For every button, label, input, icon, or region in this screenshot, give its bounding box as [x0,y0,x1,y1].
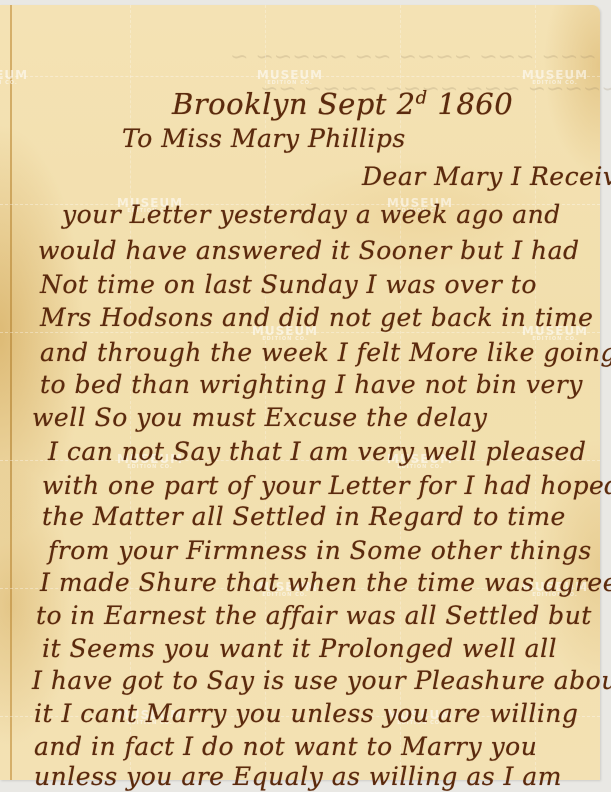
letter-salutation: Dear Mary I Received [362,162,611,191]
letter-body-line: to bed than wrighting I have not bin ver… [40,370,583,399]
letter-body-line: to in Earnest the affair was all Settled… [36,601,592,630]
letter-body-line: I can not Say that I am very well please… [48,437,586,466]
letter-body-line: unless you are Equaly as willing as I am [34,762,562,791]
letter-addressee: To Miss Mary Phillips [122,124,406,153]
letter-place-date: Brooklyn Sept 2d 1860 [172,87,513,121]
letter-body-line: I have got to Say is use your Pleashure … [32,666,611,695]
letter-paper: ~~~ ~~~ ~~~~ ~~ ~~~~~ ~ ~~~~~ ~~~ ~~~~ ~… [0,5,600,780]
museum-watermark: MUSEUMEDITION CO. [235,64,345,86]
museum-watermark: MUSEUMEDITION CO. [0,64,50,86]
museum-watermark: MUSEUMEDITION CO. [500,64,610,86]
letter-body-line: with one part of your Letter for I had h… [42,471,611,500]
letter-body-line: I made Shure that when the time was agre… [40,568,611,597]
letter-body-line: would have answered it Sooner but I had [38,236,580,265]
letter-body-line: well So you must Excuse the delay [32,403,487,432]
letter-body-line: from your Firmness in Some other things [48,536,592,565]
letter-body-line: the Matter all Settled in Regard to time [42,502,566,531]
letter-body-line: it Seems you want it Prolonged well all [42,634,557,663]
paper-fold-line [10,5,12,780]
letter-body-line: it I cant Marry you unless you are willi… [34,699,578,728]
letter-body-line: your Letter yesterday a week ago and [62,200,561,229]
letter-body-line: and through the week I felt More like go… [40,338,611,367]
letter-body-line: Not time on last Sunday I was over to [40,270,537,299]
letter-body-line: and in fact I do not want to Marry you [34,732,537,761]
letter-body-line: Mrs Hodsons and did not get back in time [40,303,593,332]
